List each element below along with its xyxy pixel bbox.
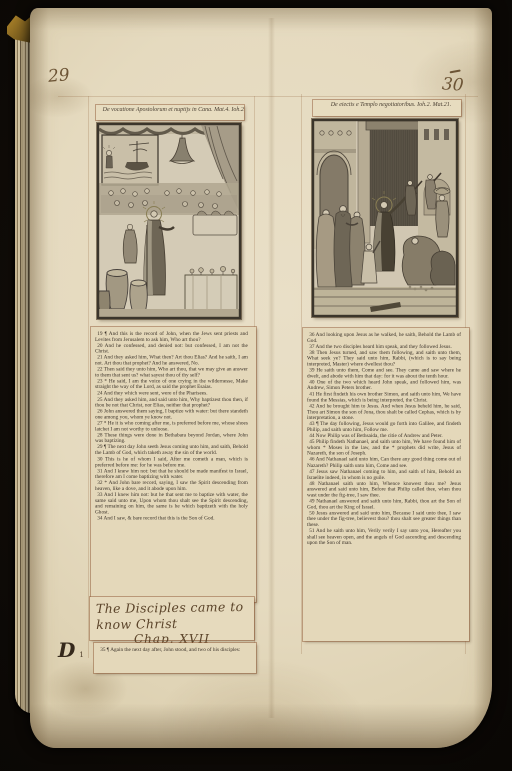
engraving-cleansing-of-temple (312, 119, 458, 317)
folio-number-right-text: 30 (441, 74, 464, 95)
verse: 20 And he confessed, and denied not: but… (95, 343, 248, 355)
verse: 48 Nathanael saith unto him, Whence know… (307, 481, 461, 498)
verse: 38 Then Jesus turned, and saw them follo… (307, 350, 461, 367)
center-crease (268, 18, 275, 718)
verse: 26 John answered them saying, I baptize … (95, 409, 248, 421)
verse: 25 And they asked him, and said unto him… (95, 397, 248, 409)
scripture-continuation-text: 35 ¶ Again the next day after, John stoo… (98, 647, 248, 653)
ruled-frame-line (301, 94, 302, 654)
handwritten-heading-slip: The Disciples came to know Christ Chap. … (90, 597, 254, 640)
verse: 40 One of the two which heard John speak… (307, 380, 461, 392)
verse: 29 ¶ The next day John seeth Jesus comin… (95, 444, 248, 456)
verse: 39 He saith unto them, Come and see. The… (307, 368, 461, 380)
verse: 32 * And John bare record, saying, I saw… (95, 480, 248, 492)
verse: 22 Then said they unto him, Who art thou… (95, 367, 248, 379)
engraving-wedding-at-cana (97, 123, 241, 319)
verse: 34 And I saw, & bare record that this is… (95, 516, 248, 522)
verse: 47 Jesus saw Nathanael coming to him, an… (307, 469, 461, 481)
verse: 41 He first findeth his own brother Simo… (307, 392, 461, 404)
folio-number-right: 30 (441, 71, 464, 95)
signature-number: 1 (79, 651, 83, 659)
verse: 35 ¶ Again the next day after, John stoo… (98, 647, 248, 653)
verse: 23 * He said, I am the voice of one cryi… (95, 379, 248, 391)
signature-letter: D (58, 638, 75, 662)
scripture-continuation: 35 ¶ Again the next day after, John stoo… (94, 643, 256, 673)
ruled-frame-line (58, 96, 478, 97)
verse: 30 This is he of whom I said, After me c… (95, 456, 248, 468)
verse: 46 And Nathanael said unto him, Can ther… (307, 457, 461, 469)
ink-flourish (450, 69, 461, 73)
scripture-column-left: 19 ¶ And this is the record of John, whe… (91, 327, 256, 602)
quire-signature: D1 (58, 638, 84, 662)
heading-title: The Disciples came to know Christ (90, 596, 254, 633)
verse: 28 These things were done in Bethabara b… (95, 433, 248, 445)
verse: 45 Philip findeth Nathanael, and saith u… (307, 439, 461, 456)
book-page: 29 30 De vocatione Apostolorum et nuptij… (30, 8, 492, 748)
scripture-column-right-text: 36 And looking upon Jesus as he walked, … (307, 332, 461, 546)
plate-caption-left: De vocatione Apostolorum et nuptijs in C… (96, 105, 244, 120)
verse: 42 And he brought him to Jesus. And when… (307, 404, 461, 421)
plate-caption-right: De eiectis e Templo negotiatoribus. Ioh.… (313, 100, 461, 116)
verse: 43 ¶ The day following, Jesus would go f… (307, 421, 461, 433)
verse: 50 Jesus answered and said unto him, Bec… (307, 511, 461, 528)
verse: 49 Nathanael answered and saith unto him… (307, 499, 461, 511)
photograph-background: 29 30 De vocatione Apostolorum et nuptij… (0, 0, 512, 771)
verse: 31 And I knew him not: but that he shoul… (95, 468, 248, 480)
verse: 19 ¶ And this is the record of John, whe… (95, 331, 248, 343)
verse: 36 And looking upon Jesus as he walked, … (307, 332, 461, 344)
folio-number-left: 29 (47, 65, 70, 87)
scripture-column-left-text: 19 ¶ And this is the record of John, whe… (95, 331, 248, 522)
plate-caption-left-text: De vocatione Apostolorum et nuptijs in C… (96, 105, 244, 113)
verse: 33 And I knew him not: but he that sent … (95, 492, 248, 515)
verse: 51 And he saith unto him, Verily verily … (307, 528, 461, 545)
verse: 21 And they asked him, What then? Art th… (95, 355, 248, 367)
verse: 27 * He it is who coming after me, is pr… (95, 421, 248, 433)
plate-caption-right-text: De eiectis e Templo negotiatoribus. Ioh.… (313, 100, 461, 108)
ruled-frame-line (88, 96, 89, 658)
scripture-column-right: 36 And looking upon Jesus as he walked, … (303, 328, 469, 641)
